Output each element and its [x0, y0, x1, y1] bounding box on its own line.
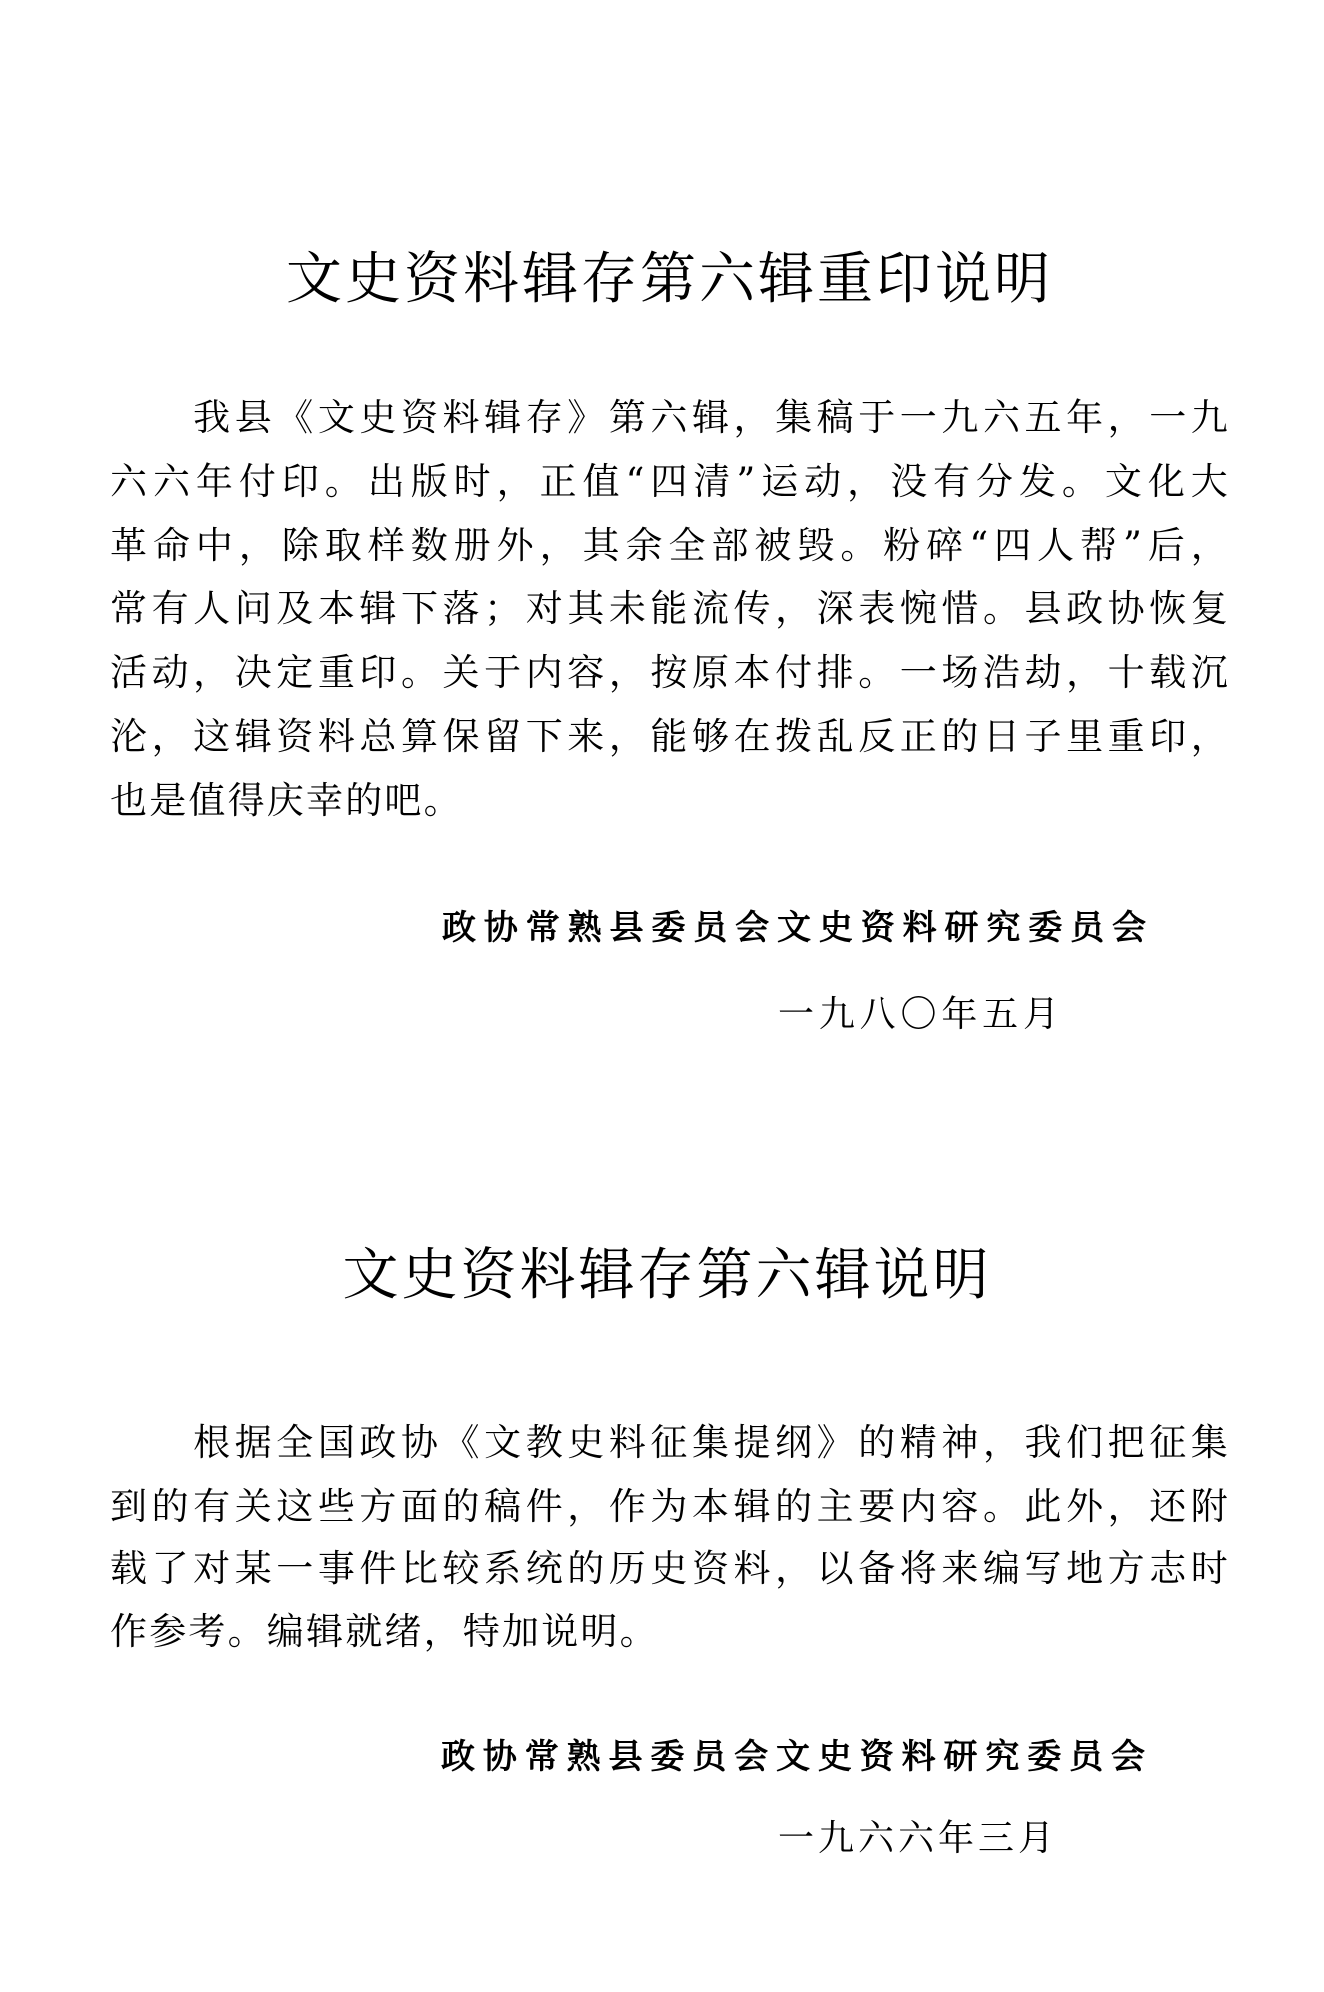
paragraph-line: 革命中，除取样数册外，其余全部被毁。粉碎“四人帮”后，: [110, 524, 1230, 568]
reprint-note-title: 文史资料辑存第六辑重印说明: [262, 248, 1077, 312]
signature-committee: 政协常熟县委员会文史资料研究委员会: [442, 906, 1146, 950]
paragraph-line: 我县《文史资料辑存》第六辑，集稿于一九六五年，一九: [110, 396, 1230, 440]
document-page: 文史资料辑存第六辑重印说明 我县《文史资料辑存》第六辑，集稿于一九六五年，一九 …: [0, 0, 1324, 1992]
paragraph-line: 也是值得庆幸的吧。: [110, 779, 463, 823]
original-note-title: 文史资料辑存第六辑说明: [322, 1244, 1012, 1308]
signature-date: 一九六六年三月: [778, 1817, 1054, 1861]
paragraph-line: 沦，这辑资料总算保留下来，能够在拨乱反正的日子里重印，: [110, 715, 1230, 759]
signature-date: 一九八〇年五月: [778, 993, 1059, 1037]
paragraph-line: 常有人问及本辑下落；对其未能流传，深表惋惜。县政协恢复: [110, 587, 1230, 631]
paragraph-line: 根据全国政协《文教史料征集提纲》的精神，我们把征集: [110, 1421, 1230, 1465]
paragraph-line: 活动，决定重印。关于内容，按原本付排。一场浩劫，十载沉: [110, 651, 1230, 695]
paragraph-line: 到的有关这些方面的稿件，作为本辑的主要内容。此外，还附: [110, 1485, 1230, 1529]
paragraph-line: 作参考。编辑就绪，特加说明。: [110, 1610, 659, 1654]
signature-committee: 政协常熟县委员会文史资料研究委员会: [441, 1735, 1145, 1779]
paragraph-line: 载了对某一事件比较系统的历史资料，以备将来编写地方志时: [110, 1547, 1230, 1591]
paragraph-line: 六六年付印。出版时，正值“四清”运动，没有分发。文化大: [110, 460, 1230, 504]
